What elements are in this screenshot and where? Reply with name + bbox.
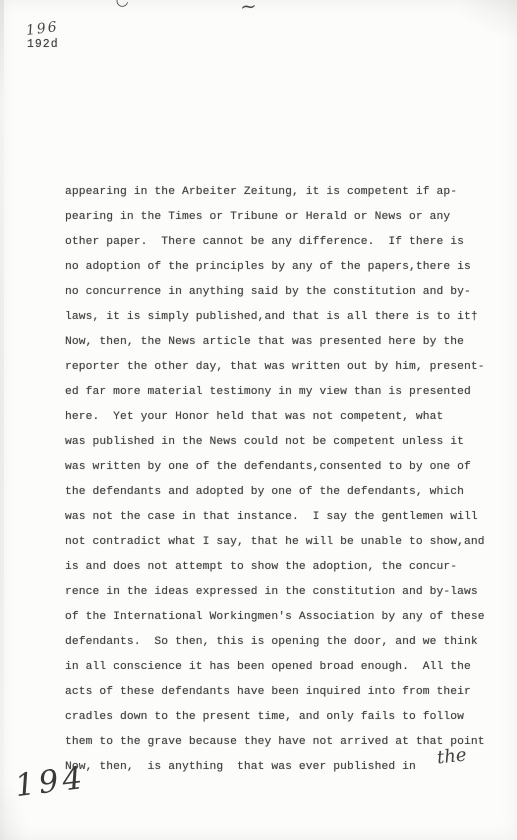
typed-line: is and does not attempt to show the adop… <box>65 555 495 580</box>
handwritten-page-number-bottom: 194 <box>13 760 88 804</box>
typed-line: the defendants and adopted by one of the… <box>65 480 495 505</box>
stray-pen-mark: ∼ <box>239 0 257 19</box>
typed-line: was not the case in that instance. I say… <box>65 505 495 530</box>
typed-line: pearing in the Times or Tribune or Heral… <box>65 205 495 230</box>
typed-line: no concurrence in anything said by the c… <box>65 280 495 305</box>
typed-line: no adoption of the principles by any of … <box>65 255 495 280</box>
typed-line: ed far more material testimony in my vie… <box>65 380 495 405</box>
typed-line: in all conscience it has been opened bro… <box>65 655 495 680</box>
typed-line: appearing in the Arbeiter Zeitung, it is… <box>65 180 495 205</box>
typed-line: cradles down to the present time, and on… <box>65 705 495 730</box>
typed-line: other paper. There cannot be any differe… <box>65 230 495 255</box>
scan-edge-smudge <box>457 0 517 40</box>
typed-line: defendants. So then, this is opening the… <box>65 630 495 655</box>
typed-line: here. Yet your Honor held that was not c… <box>65 405 495 430</box>
typed-line: Now, then, the News article that was pre… <box>65 330 495 355</box>
scan-edge-smudge <box>0 0 4 840</box>
typed-text-block: appearing in the Arbeiter Zeitung, it is… <box>65 180 495 780</box>
typed-line: of the International Workingmen's Associ… <box>65 605 495 630</box>
typed-line: Now, then, is anything that was ever pub… <box>65 755 495 780</box>
stray-pen-mark: ◡ <box>114 0 131 10</box>
typed-folio-number: 192d <box>27 38 59 51</box>
handwritten-word-the: the <box>436 745 468 769</box>
typed-line: reporter the other day, that was written… <box>65 355 495 380</box>
typed-line: was written by one of the defendants,con… <box>65 455 495 480</box>
typed-line: acts of these defendants have been inqui… <box>65 680 495 705</box>
handwritten-page-number-top: 196 <box>25 19 59 39</box>
typed-line: rence in the ideas expressed in the cons… <box>65 580 495 605</box>
typed-line: laws, it is simply published,and that is… <box>65 305 495 330</box>
typed-line: them to the grave because they have not … <box>65 730 495 755</box>
document-page: ◡ ∼ 196 192d appearing in the Arbeiter Z… <box>0 0 517 840</box>
typed-line: not contradict what I say, that he will … <box>65 530 495 555</box>
typed-line: was published in the News could not be c… <box>65 430 495 455</box>
